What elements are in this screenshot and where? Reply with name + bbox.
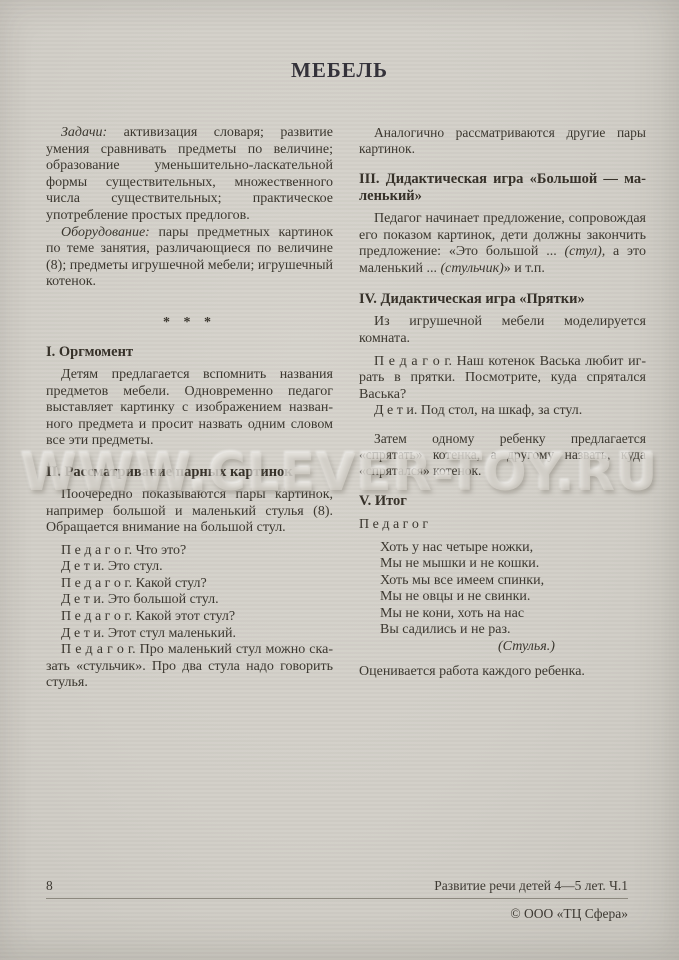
dialogue-line: Д е т и. Под стол, на шкаф, за стул. — [359, 403, 646, 420]
page-number: 8 — [46, 878, 53, 894]
speaker-label: Д е т и. — [61, 626, 104, 641]
dialogue-text: Какой стул? — [132, 576, 207, 591]
footer-row: 8 Развитие речи детей 4—5 лет. Ч.1 — [46, 878, 628, 894]
closing-paragraph: Оценивается работа каждого ребенка. — [359, 664, 646, 681]
dialogue-line: П е д а г о г. Про маленький стул можно … — [46, 642, 333, 692]
heading-summary: V. Итог — [359, 493, 646, 510]
italic-example: (стул), — [565, 244, 606, 259]
pedagog-label: П е д а г о г — [359, 516, 646, 533]
heading-game-hide-seek: IV. Дидактическая игра «Прятки» — [359, 291, 646, 308]
speaker-label: Д е т и. — [61, 592, 104, 607]
dialogue-text: Это стул. — [104, 559, 162, 574]
dialogue-line: П е д а г о г. Наш котенок Васька любит … — [359, 354, 646, 404]
orgmoment-text: Детям предлагается вспомнить названия пр… — [46, 367, 333, 450]
equipment-label: Оборудование: — [61, 225, 150, 240]
dialogue-line: Д е т и. Это стул. — [46, 559, 333, 576]
left-column: Задачи: активизация словаря; развитие ум… — [46, 125, 333, 692]
game-hide-seek-text: Из игрушечной мебели моделируется комнат… — [359, 314, 646, 347]
poem-line: Мы не овцы и не свинки. — [380, 589, 646, 605]
page-footer: 8 Развитие речи детей 4—5 лет. Ч.1 © ООО… — [46, 878, 628, 922]
right-column: Аналогично рассматриваются другие пары к… — [359, 125, 646, 692]
speaker-label: П е д а г о г. — [61, 642, 136, 657]
poem-line: Хоть мы все имеем спинки, — [380, 573, 646, 589]
dialogue-text: Какой этот стул? — [132, 609, 235, 624]
game-big-small-text: Педагог начинает предложение, сопровож­д… — [359, 211, 646, 277]
poem-line: Хоть у нас четыре ножки, — [380, 540, 646, 556]
text-part: » и т.п. — [504, 261, 545, 276]
dialogue-line: Д е т и. Этот стул маленький. — [46, 626, 333, 643]
running-title: Развитие речи детей 4—5 лет. Ч.1 — [434, 878, 628, 894]
page-title: МЕБЕЛЬ — [0, 0, 679, 83]
poem-line: Мы не мышки и не кошки. — [380, 556, 646, 572]
poem-line: Мы не кони, хоть на нас — [380, 606, 646, 622]
dialogue-text: Это большой стул. — [104, 592, 218, 607]
speaker-label: Д е т и. — [61, 559, 104, 574]
heading-orgmoment: I. Оргмомент — [46, 344, 333, 361]
tasks-paragraph: Задачи: активизация словаря; развитие ум… — [46, 125, 333, 225]
speaker-label: Д е т и. — [374, 403, 417, 418]
speaker-label: П е д а г о г. — [61, 609, 132, 624]
section-separator: * * * — [46, 315, 333, 331]
copyright-line: © ООО «ТЦ Сфера» — [46, 906, 628, 922]
note-paragraph: Затем одному ребенку предлагается «спрят… — [359, 431, 646, 479]
dialogue-text: Что это? — [132, 543, 186, 558]
heading-paired-pictures: II. Рассматривание парных картинок — [46, 464, 333, 481]
poem-block: Хоть у нас четыре ножки, Мы не мышки и н… — [380, 540, 646, 656]
paired-pictures-text: Поочередно показываются пары картинок, н… — [46, 487, 333, 537]
intro-paragraph: Аналогично рассматриваются другие пары к… — [359, 125, 646, 157]
speaker-label: П е д а г о г. — [61, 576, 132, 591]
tasks-label: Задачи: — [61, 125, 107, 140]
dialogue-text: Этот стул маленький. — [104, 626, 236, 641]
poem-line: Вы садились и не раз. — [380, 622, 646, 638]
speaker-label: П е д а г о г. — [61, 543, 132, 558]
poem-attribution: (Стулья.) — [498, 639, 646, 655]
dialogue-line: П е д а г о г. Какой этот стул? — [46, 609, 333, 626]
dialogue-line: П е д а г о г. Что это? — [46, 543, 333, 560]
dialogue-line: П е д а г о г. Какой стул? — [46, 576, 333, 593]
italic-example: (стульчик) — [440, 261, 503, 276]
two-column-layout: Задачи: активизация словаря; развитие ум… — [46, 125, 645, 692]
dialogue-line: Д е т и. Это большой стул. — [46, 592, 333, 609]
dialogue-text: Под стол, на шкаф, за стул. — [417, 403, 582, 418]
footer-rule — [46, 898, 628, 899]
heading-game-big-small: III. Дидактическая игра «Большой — ма­ле… — [359, 171, 646, 205]
equipment-paragraph: Оборудование: пары предметных картинок п… — [46, 225, 333, 291]
dialogue-block-left: П е д а г о г. Что это? Д е т и. Это сту… — [46, 543, 333, 692]
speaker-label: П е д а г о г. — [374, 354, 452, 369]
book-page: WWW.CLEVER-TOY.RU МЕБЕЛЬ Задачи: активиз… — [0, 0, 679, 960]
dialogue-block-right: П е д а г о г. Наш котенок Васька любит … — [359, 354, 646, 420]
